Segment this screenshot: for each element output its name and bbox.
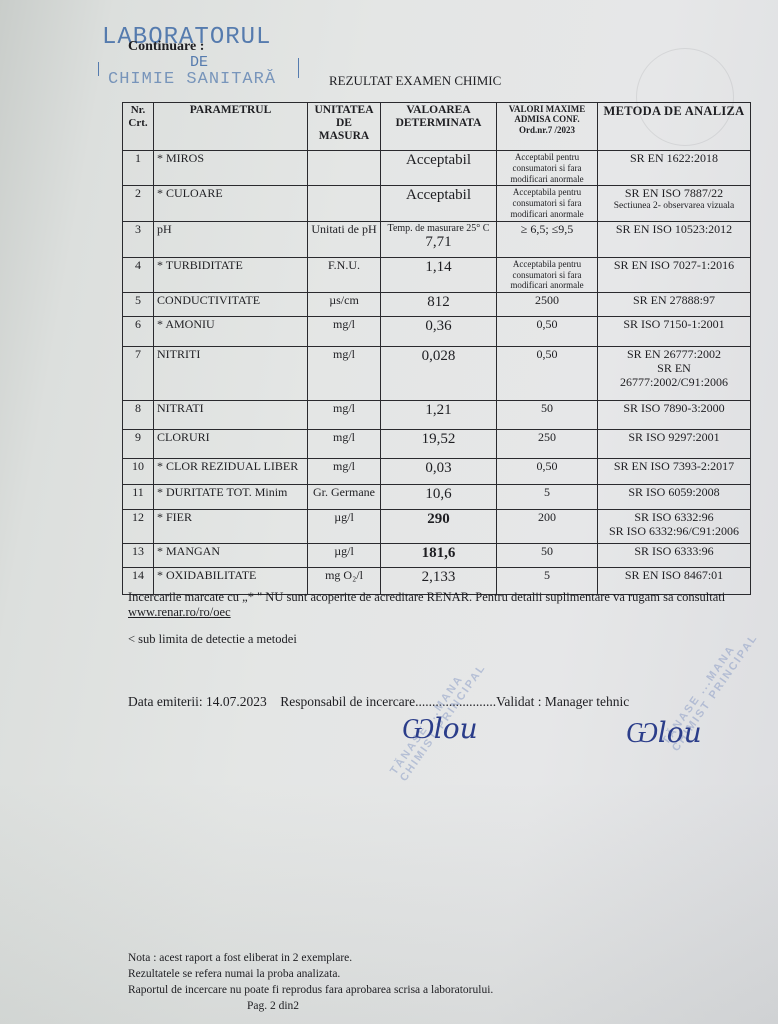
value: 812 — [427, 294, 450, 310]
cell-value: 0,028 — [381, 347, 497, 401]
cell-parameter: * CLOR REZIDUAL LIBER — [154, 459, 308, 485]
cell-parameter: * CULOARE — [154, 186, 308, 221]
cell-max-value: 0,50 — [497, 459, 598, 485]
cell-method: SR EN ISO 7393-2:2017 — [598, 459, 751, 485]
value: 181,6 — [422, 545, 456, 561]
value: 0,028 — [422, 348, 456, 364]
cell-nr: 3 — [123, 221, 154, 257]
cell-method: SR ISO 9297:2001 — [598, 430, 751, 459]
stamp-border-right — [298, 58, 299, 78]
cell-unit: mg/l — [308, 459, 381, 485]
cell-unit: µg/l — [308, 510, 381, 544]
cell-value: 181,6 — [381, 544, 497, 568]
table-header-row: Nr. Crt. PARAMETRUL UNITATEA DE MASURA V… — [123, 103, 751, 151]
value: 1,21 — [425, 402, 451, 418]
value: Acceptabil — [406, 152, 471, 168]
cell-parameter: * FIER — [154, 510, 308, 544]
cell-max-value: 0,50 — [497, 347, 598, 401]
cell-max-value: 200 — [497, 510, 598, 544]
cell-value: 1,21 — [381, 401, 497, 430]
table-row: 7NITRITImg/l0,0280,50SR EN 26777:2002SR … — [123, 347, 751, 401]
value: 290 — [427, 511, 450, 527]
cell-unit: Unitati de pH — [308, 221, 381, 257]
cell-value: 10,6 — [381, 485, 497, 510]
stamp-line-3: CHIMIE SANITARĂ — [108, 70, 276, 89]
renar-link[interactable]: www.renar.ro/ro/oec — [128, 605, 231, 619]
cell-method: SR EN 1622:2018 — [598, 151, 751, 186]
detection-limit-note: < sub limita de detectie a metodei — [128, 632, 297, 647]
cell-method: SR EN 26777:2002SR EN26777:2002/C91:2006 — [598, 347, 751, 401]
renar-note: Incercarile marcate cu „* " NU sunt acop… — [128, 590, 728, 620]
table-row: 10* CLOR REZIDUAL LIBERmg/l0,030,50SR EN… — [123, 459, 751, 485]
footer-notes: Nota : acest raport a fost eliberat in 2… — [128, 950, 493, 1014]
cell-parameter: NITRATI — [154, 401, 308, 430]
method-line-1: SR ISO 6059:2008 — [628, 485, 719, 499]
cell-parameter: * DURITATE TOT. Minim — [154, 485, 308, 510]
stamp-line-2: DE — [190, 54, 208, 71]
cell-parameter: CLORURI — [154, 430, 308, 459]
cell-max-value: 250 — [497, 430, 598, 459]
col-header-method: METODA DE ANALIZA — [598, 103, 751, 151]
cell-value: 0,36 — [381, 317, 497, 347]
cell-max-value: 5 — [497, 485, 598, 510]
cell-parameter: * MANGAN — [154, 544, 308, 568]
method-line-2: SR EN — [657, 361, 691, 375]
table-row: 1* MIROSAcceptabilAcceptabil pentru cons… — [123, 151, 751, 186]
cell-max-value: Acceptabila pentru consumatori si fara m… — [497, 257, 598, 292]
cell-unit: mg/l — [308, 430, 381, 459]
method-line-1: SR EN 27888:97 — [633, 293, 715, 307]
cell-unit — [308, 151, 381, 186]
cell-value: Acceptabil — [381, 186, 497, 221]
cell-method: SR ISO 6333:96 — [598, 544, 751, 568]
table-row: 3pHUnitati de pHTemp. de masurare 25° C7… — [123, 221, 751, 257]
cell-nr: 7 — [123, 347, 154, 401]
method-line-1: SR EN ISO 7887/22 — [625, 186, 723, 200]
page-title: REZULTAT EXAMEN CHIMIC — [329, 73, 501, 89]
value: Acceptabil — [406, 187, 471, 203]
col-header-parameter: PARAMETRUL — [154, 103, 308, 151]
cell-value: Acceptabil — [381, 151, 497, 186]
method-line-1: SR EN ISO 10523:2012 — [616, 222, 732, 236]
cell-method: SR ISO 7890-3:2000 — [598, 401, 751, 430]
manager-signature: Ѡlou — [626, 716, 702, 750]
cell-max-value: ≥ 6,5; ≤9,5 — [497, 221, 598, 257]
method-line-1: SR ISO 7150-1:2001 — [623, 317, 724, 331]
cell-nr: 11 — [123, 485, 154, 510]
page-number: Pag. 2 din2 — [128, 998, 418, 1014]
method-subtitle: Sectiunea 2- observarea vizuala — [601, 201, 747, 212]
cell-nr: 12 — [123, 510, 154, 544]
responsible-signature: Ѡlou — [402, 712, 478, 746]
cell-unit: mg/l — [308, 401, 381, 430]
method-line-1: SR EN ISO 8467:01 — [625, 568, 723, 582]
cell-method: SR EN ISO 7887/22Sectiunea 2- observarea… — [598, 186, 751, 221]
table-row: 9CLORURImg/l19,52250SR ISO 9297:2001 — [123, 430, 751, 459]
footer-line-1: Nota : acest raport a fost eliberat in 2… — [128, 952, 352, 964]
cell-value: 1,14 — [381, 257, 497, 292]
cell-method: SR ISO 6332:96SR ISO 6332:96/C91:2006 — [598, 510, 751, 544]
cell-parameter: * TURBIDITATE — [154, 257, 308, 292]
cell-method: SR EN ISO 7027-1:2016 — [598, 257, 751, 292]
footer-line-3: Raportul de incercare nu poate fi reprod… — [128, 984, 493, 996]
table-row: 6* AMONIUmg/l0,360,50SR ISO 7150-1:2001 — [123, 317, 751, 347]
cell-max-value: Acceptabil pentru consumatori si fara mo… — [497, 151, 598, 186]
responsible-label: Responsabil de incercare — [280, 694, 415, 709]
footer-line-2: Rezultatele se refera numai la proba ana… — [128, 968, 340, 980]
cell-parameter: * MIROS — [154, 151, 308, 186]
method-line-2: SR ISO 6332:96/C91:2006 — [609, 524, 739, 538]
col-header-value: VALOAREA DETERMINATA — [381, 103, 497, 151]
value: 0,03 — [425, 460, 451, 476]
table-row: 4* TURBIDITATEF.N.U.1,14Acceptabila pent… — [123, 257, 751, 292]
value: 19,52 — [422, 431, 456, 447]
table-row: 5CONDUCTIVITATEµs/cm8122500SR EN 27888:9… — [123, 293, 751, 317]
cell-unit: Gr. Germane — [308, 485, 381, 510]
cell-nr: 6 — [123, 317, 154, 347]
cell-value: 812 — [381, 293, 497, 317]
value: 7,71 — [425, 234, 451, 250]
laboratory-stamp: LABORATORUL DE CHIMIE SANITARĂ — [98, 24, 298, 94]
cell-nr: 4 — [123, 257, 154, 292]
cell-nr: 5 — [123, 293, 154, 317]
cell-value: Temp. de masurare 25° C7,71 — [381, 221, 497, 257]
cell-value: 290 — [381, 510, 497, 544]
cell-nr: 2 — [123, 186, 154, 221]
method-line-1: SR ISO 9297:2001 — [628, 430, 719, 444]
stamp-border-left — [98, 62, 99, 76]
cell-unit: µs/cm — [308, 293, 381, 317]
cell-unit: µg/l — [308, 544, 381, 568]
value: 1,14 — [425, 259, 451, 275]
cell-value: 0,03 — [381, 459, 497, 485]
table-row: 2* CULOAREAcceptabilAcceptabila pentru c… — [123, 186, 751, 221]
method-line-1: SR ISO 6333:96 — [634, 544, 713, 558]
method-line-1: SR EN 1622:2018 — [630, 151, 718, 165]
cell-nr: 10 — [123, 459, 154, 485]
cell-parameter: * AMONIU — [154, 317, 308, 347]
cell-method: SR EN ISO 10523:2012 — [598, 221, 751, 257]
table-row: 12* FIERµg/l290200SR ISO 6332:96SR ISO 6… — [123, 510, 751, 544]
cell-max-value: 50 — [497, 544, 598, 568]
value: 10,6 — [425, 486, 451, 502]
table-row: 8NITRATImg/l1,2150SR ISO 7890-3:2000 — [123, 401, 751, 430]
cell-parameter: pH — [154, 221, 308, 257]
value: 0,36 — [425, 318, 451, 334]
method-line-1: SR EN ISO 7027-1:2016 — [614, 258, 734, 272]
cell-unit — [308, 186, 381, 221]
cell-value: 19,52 — [381, 430, 497, 459]
validated-label: Validat : Manager tehnic — [496, 694, 629, 709]
continuation-label: Continuare : — [128, 39, 204, 55]
cell-method: SR EN 27888:97 — [598, 293, 751, 317]
cell-unit: mg/l — [308, 347, 381, 401]
issue-date: 14.07.2023 — [206, 694, 267, 709]
col-header-nr: Nr. Crt. — [123, 103, 154, 151]
cell-nr: 8 — [123, 401, 154, 430]
renar-note-text: Incercarile marcate cu „* " NU sunt acop… — [128, 590, 725, 604]
issue-date-label: Data emiterii: — [128, 694, 203, 709]
cell-method: SR ISO 6059:2008 — [598, 485, 751, 510]
method-line-1: SR ISO 7890-3:2000 — [623, 401, 724, 415]
cell-method: SR ISO 7150-1:2001 — [598, 317, 751, 347]
cell-max-value: 50 — [497, 401, 598, 430]
cell-max-value: Acceptabila pentru consumatori si fara m… — [497, 186, 598, 221]
table-row: 11* DURITATE TOT. MinimGr. Germane10,65S… — [123, 485, 751, 510]
method-line-1: SR ISO 6332:96 — [634, 510, 713, 524]
method-line-1: SR EN 26777:2002 — [627, 347, 721, 361]
method-line-3: 26777:2002/C91:2006 — [620, 375, 728, 389]
cell-nr: 13 — [123, 544, 154, 568]
table-row: 13* MANGANµg/l181,650SR ISO 6333:96 — [123, 544, 751, 568]
cell-unit: mg/l — [308, 317, 381, 347]
method-line-1: SR EN ISO 7393-2:2017 — [614, 459, 734, 473]
cell-max-value: 0,50 — [497, 317, 598, 347]
value-note: Temp. de masurare 25° C — [384, 223, 493, 235]
cell-max-value: 2500 — [497, 293, 598, 317]
cell-unit: F.N.U. — [308, 257, 381, 292]
signature-line: Data emiterii: 14.07.2023 Responsabil de… — [128, 694, 629, 710]
value: 2,133 — [422, 569, 456, 585]
col-header-max-values: VALORI MAXIME ADMISA CONF. Ord.nr.7 /202… — [497, 103, 598, 151]
cell-parameter: CONDUCTIVITATE — [154, 293, 308, 317]
col-header-unit: UNITATEA DE MASURA — [308, 103, 381, 151]
cell-nr: 1 — [123, 151, 154, 186]
cell-parameter: NITRITI — [154, 347, 308, 401]
cell-nr: 9 — [123, 430, 154, 459]
results-table: Nr. Crt. PARAMETRUL UNITATEA DE MASURA V… — [122, 102, 751, 595]
